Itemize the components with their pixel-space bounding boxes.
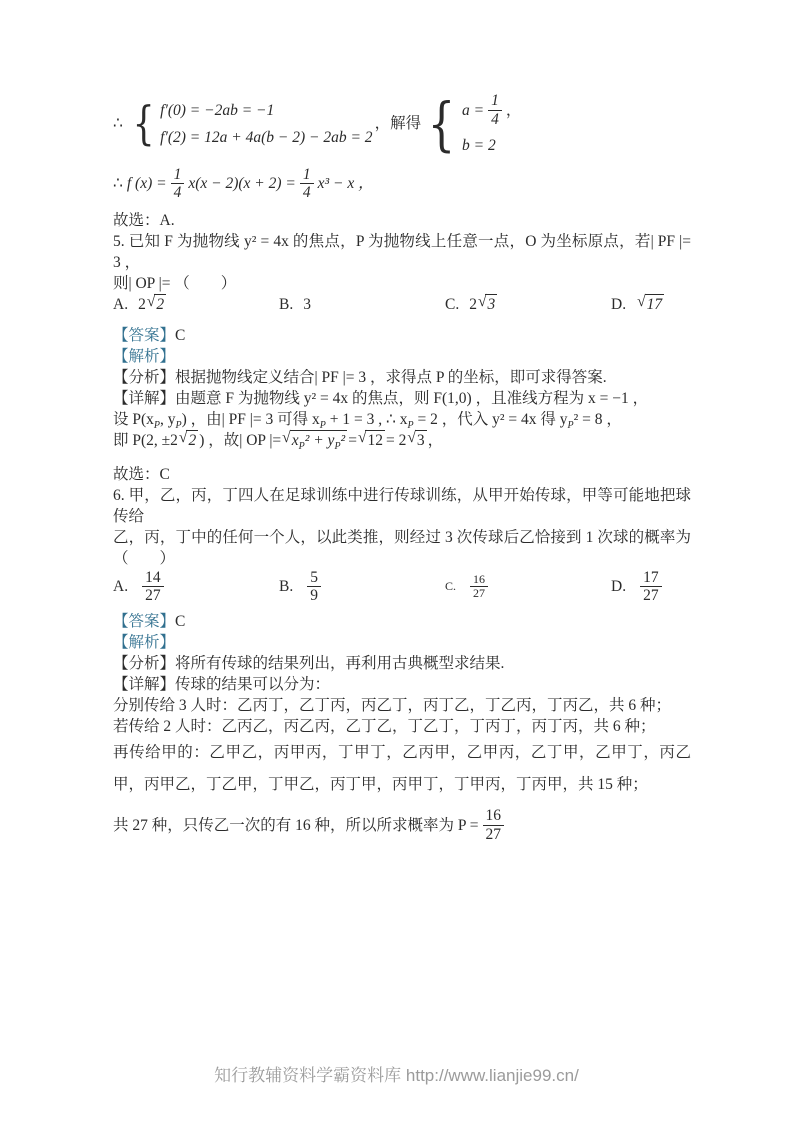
- choice-line-q4: 故选：A.: [113, 210, 691, 231]
- equation-2: f′(2) = 12a + 4a(b − 2) − 2ab = 2: [160, 127, 372, 148]
- comma-separator: ，: [375, 113, 391, 134]
- option-a: A. 2 √2: [113, 294, 279, 315]
- page-content: ∴ { f′(0) = −2ab = −1 f′(2) = 12a + 4a(b…: [113, 92, 691, 844]
- answer-value: C: [175, 327, 185, 344]
- option-d-label: D.: [611, 294, 626, 315]
- fraction-16-27: 1627: [470, 573, 488, 602]
- option-a-coef: 2: [138, 294, 146, 315]
- answer-tag: 【答案】: [113, 613, 175, 630]
- analysis-text: 将所有传球的结果列出，再利用古典概型求结果.: [175, 655, 504, 672]
- option-c: C. 2 √3: [445, 294, 611, 315]
- fx-tail: x³ − x ，: [318, 173, 374, 194]
- document-page: ∴ { f′(0) = −2ab = −1 f′(2) = 12a + 4a(b…: [0, 0, 793, 1122]
- option-d: D. 1727: [611, 569, 666, 606]
- choice-line-q5: 故选：C: [113, 464, 691, 485]
- result-a: a = 14 ，: [462, 92, 521, 129]
- a-equals: a =: [462, 100, 484, 121]
- answer-line-q6: 【答案】C: [113, 611, 691, 632]
- left-brace: {: [428, 98, 456, 150]
- option-c-label: C.: [445, 576, 456, 597]
- option-c-coef: 2: [469, 294, 477, 315]
- analysis-tag: 【分析】: [113, 655, 175, 672]
- fx-middle: x(x − 2)(x + 2) =: [188, 173, 296, 194]
- fraction-one-fourth: 14: [488, 92, 502, 129]
- question6-options: A. 1427 B. 59 C. 1627 D. 1727: [113, 569, 691, 606]
- fraction-5-9: 59: [307, 569, 321, 606]
- detail-line1-q6: 【详解】传球的结果可以分为：: [113, 674, 691, 695]
- option-d-label: D.: [611, 576, 626, 597]
- pass-case-3people: 分别传给 3 人时：乙丙丁，乙丁丙，丙乙丁，丙丁乙，丁乙丙，丁丙乙，共 6 种；: [113, 695, 691, 716]
- question5-stem-line2: 则| OP |= （ ）: [113, 273, 691, 294]
- final-text: 共 27 种，只传乙一次的有 16 种，所以所求概率为 P =: [113, 815, 479, 836]
- option-b: B. 3: [279, 294, 445, 315]
- option-b: B. 59: [279, 569, 445, 606]
- comma: ，: [506, 100, 522, 121]
- analysis-line-q6: 【分析】将所有传球的结果列出，再利用古典概型求结果.: [113, 653, 691, 674]
- sqrt-xp-yp: √xP² + yP²: [282, 430, 347, 451]
- fraction-16-27: 1627: [483, 807, 505, 844]
- equation-1: f′(0) = −2ab = −1: [160, 100, 372, 121]
- sqrt-expression: √2: [147, 294, 166, 315]
- equation-system: { f′(0) = −2ab = −1 f′(2) = 12a + 4a(b −…: [129, 100, 373, 148]
- detail-line2-q5: 设 P(xP, yP) ，由| PF |= 3 可得 xP + 1 = 3 , …: [113, 409, 691, 430]
- question5-stem-line1: 5. 已知 F 为抛物线 y² = 4x 的焦点，P 为抛物线上任意一点，O 为…: [113, 231, 691, 273]
- fraction-one-fourth: 14: [300, 166, 314, 203]
- analysis-tag: 【分析】: [113, 369, 175, 386]
- option-d: D. √17: [611, 294, 665, 315]
- result-b: b = 2: [462, 135, 521, 156]
- pass-case-2people: 若传给 2 人时：乙丙乙，丙乙丙，乙丁乙，丁乙丁，丁丙丁，丙丁丙，共 6 种；: [113, 716, 691, 737]
- therefore-symbol: ∴: [113, 173, 123, 194]
- sqrt-expression: √3: [407, 430, 426, 451]
- sqrt-expression: √2: [179, 430, 198, 451]
- option-c-label: C.: [445, 294, 459, 315]
- fraction-one-fourth: 14: [171, 166, 185, 203]
- fraction-14-27: 1427: [142, 569, 164, 606]
- fx-lhs: f (x) =: [127, 173, 167, 194]
- analysis-text: 根据抛物线定义结合| PF |= 3 ，求得点 P 的坐标，即可求得答案.: [175, 369, 607, 386]
- detail-text: 由题意 F 为抛物线 y² = 4x 的焦点，则 F(1,0) ，且准线方程为 …: [175, 390, 648, 407]
- answer-value: C: [175, 613, 185, 630]
- question5-options: A. 2 √2 B. 3 C. 2 √3 D. √17: [113, 294, 691, 315]
- option-a-label: A.: [113, 294, 128, 315]
- therefore-symbol: ∴: [113, 113, 123, 134]
- option-b-label: B.: [279, 576, 293, 597]
- analysis-header-q5: 【解析】: [113, 346, 691, 367]
- detail-line3-q5: 即 P(2, ±2 √2 ) ，故| OP |= √xP² + yP² = √1…: [113, 430, 691, 451]
- equation-rows: f′(0) = −2ab = −1 f′(2) = 12a + 4a(b − 2…: [160, 100, 372, 148]
- option-a-label: A.: [113, 576, 128, 597]
- analysis-header-q6: 【解析】: [113, 632, 691, 653]
- detail-tag: 【详解】: [113, 676, 175, 693]
- pass-case-back-to-jia: 再传给甲的：乙甲乙，丙甲丙，丁甲丁，乙丙甲，乙甲丙，乙丁甲，乙甲丁，丙乙甲，丙甲…: [113, 737, 691, 801]
- option-b-label: B.: [279, 294, 293, 315]
- sqrt-expression: √17: [637, 294, 664, 315]
- option-c: C. 1627: [445, 573, 611, 602]
- solution4-fx-line: ∴ f (x) = 14 x(x − 2)(x + 2) = 14 x³ − x…: [113, 166, 691, 203]
- detail-tag: 【详解】: [113, 390, 175, 407]
- answer-line-q5: 【答案】C: [113, 325, 691, 346]
- solution4-system-line: ∴ { f′(0) = −2ab = −1 f′(2) = 12a + 4a(b…: [113, 92, 691, 156]
- option-b-value: 3: [303, 294, 311, 315]
- detail-text: 传球的结果可以分为：: [175, 676, 330, 693]
- result-rows: a = 14 ， b = 2: [462, 92, 521, 156]
- fraction-17-27: 1727: [640, 569, 662, 606]
- option-a: A. 1427: [113, 569, 279, 606]
- left-brace: {: [133, 103, 155, 144]
- result-system: { a = 14 ， b = 2: [423, 92, 521, 156]
- sqrt-expression: √12: [358, 430, 385, 451]
- analysis-line-q5: 【分析】根据抛物线定义结合| PF |= 3 ，求得点 P 的坐标，即可求得答案…: [113, 367, 691, 388]
- question6-stem-line1: 6. 甲，乙，丙，丁四人在足球训练中进行传球训练，从甲开始传球，甲等可能地把球传…: [113, 485, 691, 527]
- sqrt-expression: √3: [478, 294, 497, 315]
- solve-label: 解得: [390, 113, 421, 134]
- site-footer: 知行教辅资料学霸资料库 http://www.lianjie99.cn/: [0, 1061, 793, 1086]
- answer-tag: 【答案】: [113, 327, 175, 344]
- detail-line1-q5: 【详解】由题意 F 为抛物线 y² = 4x 的焦点，则 F(1,0) ，且准线…: [113, 388, 691, 409]
- final-probability-line: 共 27 种，只传乙一次的有 16 种，所以所求概率为 P = 1627: [113, 807, 691, 844]
- question6-stem-line2: 乙，丙，丁中的任何一个人，以此类推，则经过 3 次传球后乙恰接到 1 次球的概率…: [113, 527, 691, 569]
